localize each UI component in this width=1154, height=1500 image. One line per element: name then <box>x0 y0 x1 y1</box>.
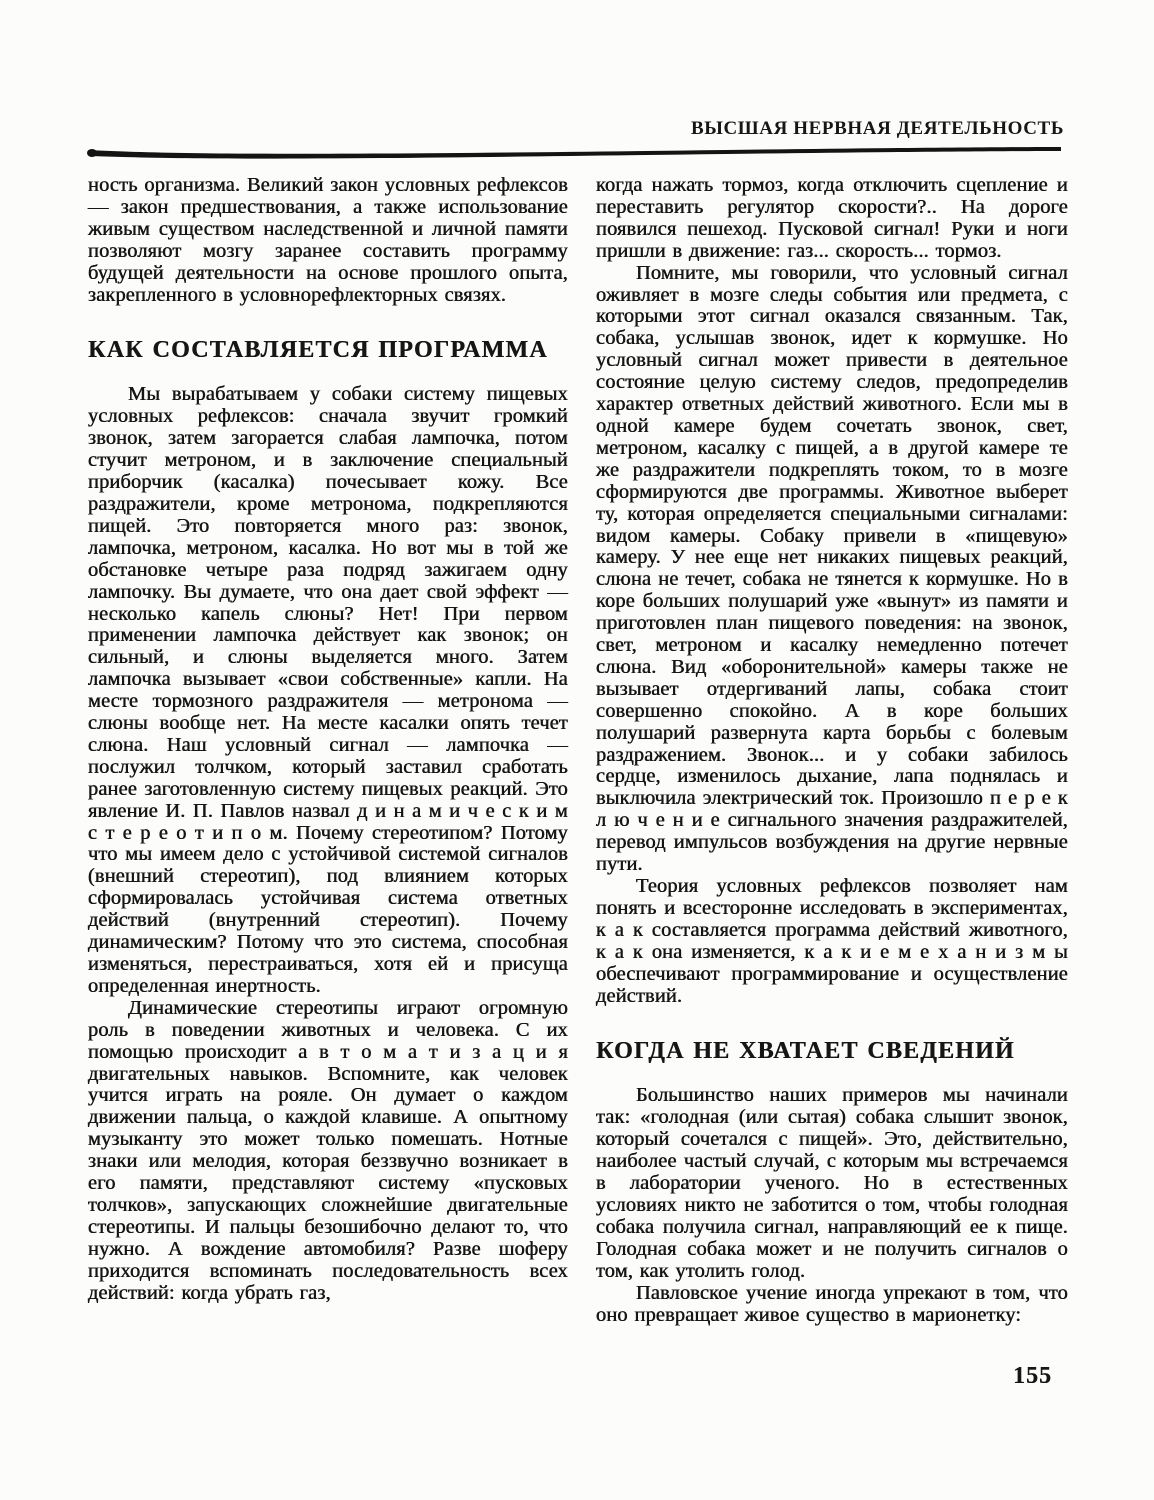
paragraph: Мы вырабатываем у собаки систему пищевых… <box>88 384 568 997</box>
section-heading-when-information-is-lacking: КОГДА НЕ ХВАТАЕТ СВЕДЕНИЙ <box>596 1038 1068 1064</box>
paragraph: Павловское учение иногда упрекают в том,… <box>596 1283 1068 1327</box>
paragraph: когда нажать тормоз, когда отключить сце… <box>596 175 1068 263</box>
paragraph: Теория условных рефлексов позволяет нам … <box>596 876 1068 1007</box>
paragraph: Большинство наших примеров мы начинали т… <box>596 1085 1068 1282</box>
page-number: 155 <box>1013 1363 1052 1390</box>
paragraph: Помните, мы говорили, что условный сигна… <box>596 263 1068 876</box>
paragraph: ность организма. Великий закон условных … <box>88 175 568 306</box>
section-heading-how-program-is-composed: КАК СОСТАВЛЯЕТСЯ ПРОГРАММА <box>88 337 568 363</box>
book-page: ВЫСШАЯ НЕРВНАЯ ДЕЯТЕЛЬНОСТЬ ность органи… <box>0 0 1154 1500</box>
paragraph: Динамические стереотипы играют огромную … <box>88 998 568 1305</box>
running-header: ВЫСШАЯ НЕРВНАЯ ДЕЯТЕЛЬНОСТЬ <box>88 118 1064 140</box>
text-columns: ность организма. Великий закон условных … <box>88 175 1068 1326</box>
left-column: ность организма. Великий закон условных … <box>88 175 568 1305</box>
right-column: когда нажать тормоз, когда отключить сце… <box>596 175 1068 1326</box>
header-rule <box>86 145 1064 159</box>
